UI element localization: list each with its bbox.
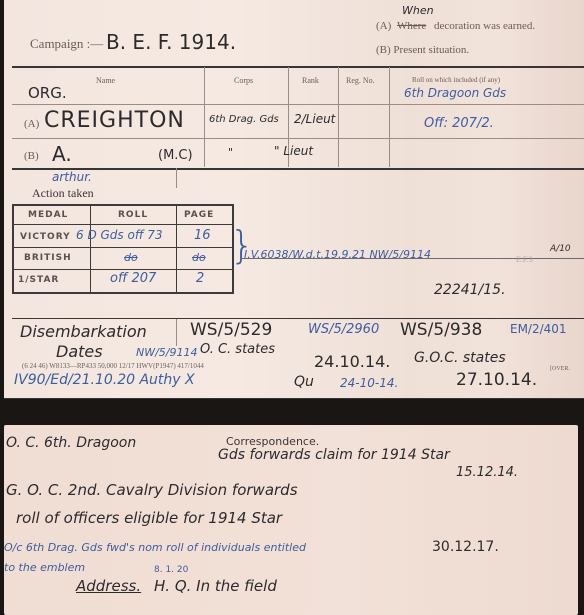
back-line-8: to the emblem: [4, 561, 85, 574]
divider: [12, 66, 584, 68]
note-b: (B) Present situation.: [376, 44, 469, 56]
column-divider: [338, 67, 339, 167]
corner-ref: A/10: [550, 244, 571, 254]
medal-header: MEDAL: [28, 210, 68, 220]
bracket-note: I.V.6038/W.d.t.19.9.21 NW/5/9114: [244, 248, 431, 261]
row-divider: [12, 138, 584, 139]
column-divider: [176, 168, 177, 188]
medal-index-card-back: O. C. 6th. Dragoon Correspondence. Gds f…: [4, 425, 578, 615]
medal-index-card-front: Campaign :— B. E. F. 1914. (A) Where Whe…: [4, 0, 584, 399]
note-a-prefix: (A): [376, 20, 391, 32]
header-rank: Rank: [302, 76, 319, 85]
page-british: do: [192, 251, 206, 264]
forename-initial: A.: [52, 142, 72, 166]
row-divider: [14, 247, 232, 248]
column-divider: [176, 318, 177, 346]
divider: [12, 168, 584, 170]
note-a-correction: When: [402, 4, 434, 17]
roll-line-1: 6th Dragoon Gds: [404, 86, 506, 100]
back-line-1: O. C. 6th. Dragoon: [6, 435, 136, 451]
forename-full: arthur.: [52, 170, 92, 184]
row-divider: [12, 104, 584, 105]
oc-states: O. C. states: [200, 342, 275, 357]
header-name: Name: [96, 76, 115, 85]
roll-victory: 6 D Gds off 73: [76, 228, 163, 242]
column-divider: [204, 67, 205, 167]
back-line-3: 15.12.14.: [456, 465, 518, 480]
back-line-9: 8. 1. 20: [154, 565, 188, 575]
roll-header: ROLL: [118, 210, 148, 220]
blue-date: 24-10-14.: [340, 376, 398, 390]
roll-star: off 207: [110, 271, 156, 286]
surname: CREIGHTON: [44, 108, 185, 133]
row-b-rank: " Lieut: [274, 144, 313, 158]
address-label: Address.: [76, 577, 141, 595]
campaign-label: Campaign :—: [30, 36, 103, 52]
bottom-note: IV90/Ed/21.10.20 Authy X: [14, 372, 195, 388]
medal-star: 1/STAR: [18, 275, 59, 285]
column-divider: [90, 206, 91, 292]
org-mark: ORG.: [28, 84, 67, 102]
dates-label: Dates: [56, 342, 103, 361]
disembarkation-label: Disembarkation: [20, 322, 147, 341]
row-a-rank: 2/Lieut: [294, 112, 335, 126]
roll-british: do: [124, 251, 138, 264]
faint-ref: E.F.3: [516, 255, 533, 264]
entry-3: WS/5/938: [400, 320, 482, 340]
medal-victory: VICTORY: [20, 232, 71, 242]
print-code: (6 24 46) W8133—RP433 50,000 12/17 HWV(P…: [22, 362, 204, 370]
medal-british: BRITISH: [24, 253, 72, 263]
entry-1: WS/5/529: [190, 320, 272, 340]
entry-2: WS/5/2960: [308, 322, 379, 337]
row-divider: [14, 224, 232, 225]
back-line-2: Gds forwards claim for 1914 Star: [218, 447, 450, 463]
divider: [12, 318, 584, 319]
row-divider: [14, 269, 232, 270]
header-reg-no: Reg. No.: [346, 76, 375, 85]
header-corps: Corps: [234, 76, 253, 85]
reference-number: 22241/15.: [434, 282, 506, 298]
row-a-corps: 6th Drag. Gds: [209, 114, 279, 125]
form-code: [OVER.: [550, 366, 570, 372]
note-a-struck-word: Where: [397, 20, 426, 32]
page-victory: 16: [194, 228, 211, 243]
initials: Qu: [294, 374, 314, 390]
column-divider: [176, 206, 177, 292]
medal-table: MEDAL ROLL PAGE VICTORY 6 D Gds off 73 1…: [12, 204, 234, 294]
page-star: 2: [196, 271, 204, 286]
note-a-text: decoration was earned.: [434, 20, 535, 32]
date-2: 27.10.14.: [456, 370, 537, 390]
award-postnominal: (M.C): [158, 148, 193, 163]
header-roll: Roll on which included (if any): [412, 76, 500, 84]
date-1: 24.10.14.: [314, 352, 390, 371]
action-taken-label: Action taken: [32, 186, 94, 201]
row-a-prefix: (A): [24, 118, 39, 130]
back-line-4: G. O. C. 2nd. Cavalry Division forwards: [6, 481, 298, 499]
column-divider: [389, 67, 390, 167]
back-line-5: roll of officers eligible for 1914 Star: [16, 509, 282, 527]
back-line-6: O/c 6th Drag. Gds fwd's nom roll of indi…: [4, 541, 306, 554]
row-b-corps: ": [228, 146, 233, 159]
disembark-blue-ref: NW/5/9114: [136, 346, 198, 359]
address-value: H. Q. In the field: [154, 577, 277, 595]
goc-states: G.O.C. states: [414, 350, 506, 366]
back-line-7: 30.12.17.: [432, 539, 499, 555]
roll-line-2: Off: 207/2.: [424, 116, 494, 131]
row-b-prefix: (B): [24, 150, 39, 162]
page-header: PAGE: [184, 210, 214, 220]
entry-4: EM/2/401: [510, 322, 567, 336]
campaign-value: B. E. F. 1914.: [106, 30, 236, 54]
